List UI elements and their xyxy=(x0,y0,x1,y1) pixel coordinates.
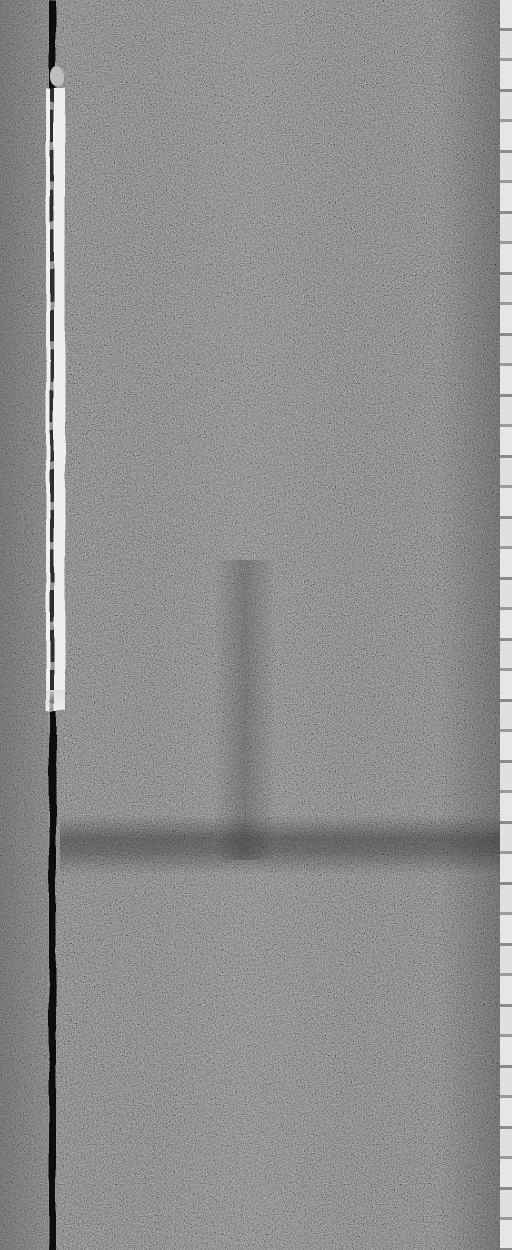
asphalt-road-photo: Grayscale top-down photograph of an asph… xyxy=(0,0,512,1250)
asphalt-texture xyxy=(0,0,512,1250)
